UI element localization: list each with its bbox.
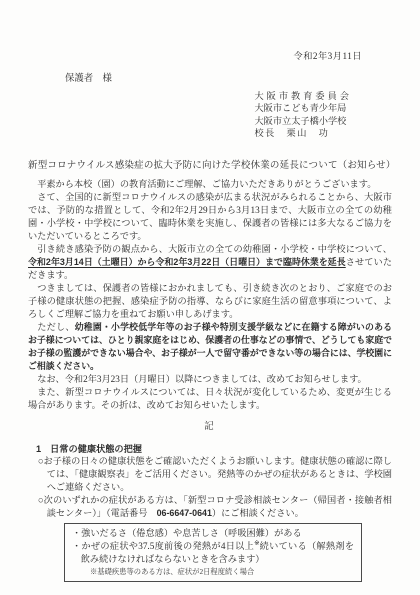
consult-center-item: ○次のいずれかの症状がある方は、「新型コロナ受診相談センター（帰国者・接触者相談… xyxy=(38,494,392,520)
document-title: 新型コロナウイルス感染症の拡大予防に向けた学校休業の延長について（お知らせ） xyxy=(28,157,392,171)
symptom-bullet-fever: ・かぜの症状や37.5度前後の発熱が4日以上※続いている（解熱剤を飲み続けなけれ… xyxy=(72,540,354,566)
sender-bureau: 大阪市こども青少年局 xyxy=(255,102,353,114)
consult-center-tail: ）にご相談ください。 xyxy=(212,508,304,518)
record-mark: 記 xyxy=(28,418,392,432)
sender-school: 大阪市立太子橋小学校 xyxy=(255,115,353,127)
paragraph-later-notice-text: なお、令和2年3月23日（月曜日）以降につきましては、改めてお知らせします。 xyxy=(37,374,367,384)
fever-bullet-lead: ・かぜの症状や37.5度前後の発熱が4日以上 xyxy=(72,541,254,551)
symptom-criteria-box: ・強いだるさ（倦怠感）や息苦しさ（呼吸困難）がある ・かぜの症状や37.5度前後… xyxy=(64,523,362,582)
paragraph-greeting-text: 平素から本校（園）の教育活動にご理解、ご協力いただきありがとうございます。 xyxy=(37,179,376,189)
sender-board: 大阪市教育委員会 xyxy=(255,90,353,102)
document-page: 令和2年3月11日 保護者 様 大阪市教育委員会 大阪市こども青少年局 大阪市立… xyxy=(0,0,420,595)
paragraph-background: さて、全国的に新型コロナウイルスの感染が広まる状況がみられることから、大阪市では… xyxy=(28,191,392,243)
paragraph-exception: ただし、幼稚園・小学校低学年等のお子様や特別支援学級などに在籍する障がいのあるお… xyxy=(28,321,392,373)
document-date: 令和2年3月11日 xyxy=(28,48,362,62)
sender-principal: 校長 栗山 功 xyxy=(255,127,353,139)
paragraph-request: つきましては、保護者の皆様におかれましても、引き続き次のとおり、ご家庭でのお子様… xyxy=(28,282,392,321)
paragraph-later-notice: なお、令和2年3月23日（月曜日）以降につきましては、改めてお知らせします。 xyxy=(28,373,392,386)
extension-lead: 引き続き感染予防の観点から、大阪市立の全ての幼稚園・小学校・中学校について、 xyxy=(37,244,392,254)
consult-center-phone: 06-6647-0641 xyxy=(157,508,212,518)
paragraph-change-notice: また、新型コロナウイルスについては、日々状況が変化しているため、変更が生じる場合… xyxy=(28,386,392,412)
document-body: 平素から本校（園）の教育活動にご理解、ご協力いただきありがとうございます。 さて… xyxy=(28,178,392,412)
section1-heading: 1日常の健康状態の把握 xyxy=(36,441,392,455)
paragraph-extension: 引き続き感染予防の観点から、大阪市立の全ての幼稚園・小学校・中学校について、令和… xyxy=(28,243,392,282)
paragraph-request-text: つきましては、保護者の皆様におかれましても、引き続き次のとおり、ご家庭でのお子様… xyxy=(28,283,392,319)
symptom-bullet-fatigue: ・強いだるさ（倦怠感）や息苦しさ（呼吸困難）がある xyxy=(72,527,354,540)
paragraph-background-text: さて、全国的に新型コロナウイルスの感染が広まる状況がみられることから、大阪市では… xyxy=(28,192,392,241)
footnote-underlying-condition: ※基礎疾患等のある方は、症状が2日程度続く場合 xyxy=(90,566,354,577)
section1-number: 1 xyxy=(36,444,41,454)
health-check-item-text: ○お子様の日々の健康状態をご確認いただくようお願いします。健康状態の確認に際して… xyxy=(38,456,392,492)
exception-bold-text: 幼稚園・小学校低学年等のお子様や特別支援学級などに在籍する障がいのあるお子様につ… xyxy=(28,322,392,371)
paragraph-change-notice-text: また、新型コロナウイルスについては、日々状況が変化しているため、変更が生じる場合… xyxy=(28,387,392,410)
addressee: 保護者 様 xyxy=(65,70,392,84)
health-check-item: ○お子様の日々の健康状態をご確認いただくようお願いします。健康状態の確認に際して… xyxy=(38,455,392,494)
extension-period-highlight: 令和2年3月14日（土曜日）から令和2年3月22日（日曜日）まで臨時休業を延長 xyxy=(28,257,346,267)
sender-block: 大阪市教育委員会 大阪市こども青少年局 大阪市立太子橋小学校 校長 栗山 功 xyxy=(255,90,353,140)
paragraph-greeting: 平素から本校（園）の教育活動にご理解、ご協力いただきありがとうございます。 xyxy=(28,178,392,191)
section1-title: 日常の健康状態の把握 xyxy=(50,444,142,454)
exception-lead: ただし、 xyxy=(37,322,75,332)
